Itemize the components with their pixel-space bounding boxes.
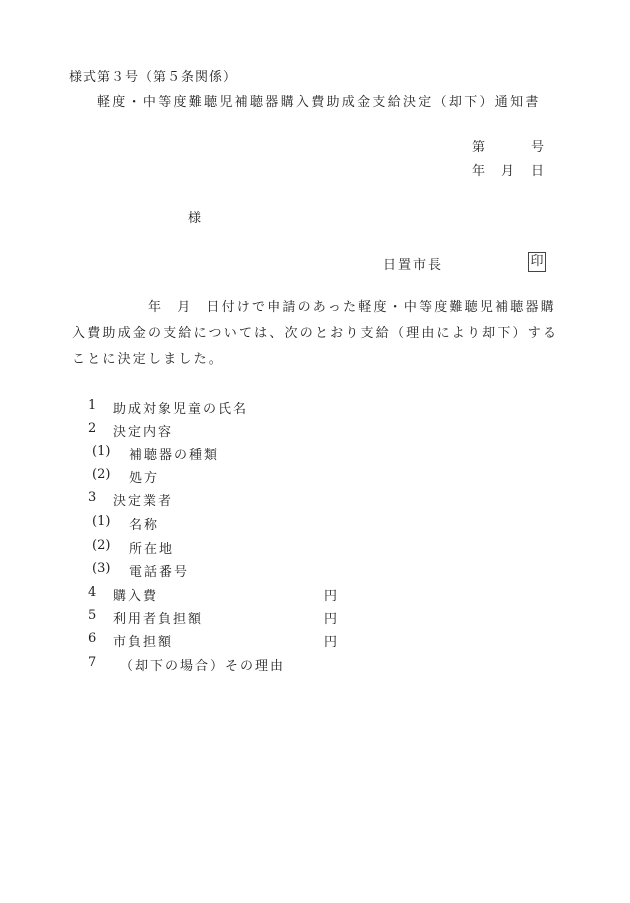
date-month-label: 月 (501, 160, 514, 179)
subitem-label: 所在地 (129, 538, 174, 557)
subitem-number: (2) (92, 467, 110, 482)
item-label: 市負担額 (113, 631, 173, 650)
subitem-label: 電話番号 (129, 561, 189, 580)
recipient-honorific: 様 (188, 207, 201, 226)
list-item: 1 助成対象児童の氏名 (0, 398, 630, 418)
item-number: 1 (88, 398, 96, 413)
issuer-name: 日置市長 (383, 254, 443, 273)
item-label: 決定内容 (113, 421, 173, 440)
item-label: 購入費 (113, 585, 158, 604)
item-number: 5 (88, 608, 96, 623)
item-label: 助成対象児童の氏名 (113, 398, 248, 417)
item-label: 決定業者 (113, 490, 173, 509)
list-subitem: (2) 処方 (0, 467, 630, 487)
item-number: 6 (88, 631, 96, 646)
subitem-number: (2) (92, 538, 110, 553)
document-title: 軽度・中等度難聴児補聴器購入費助成金支給決定（却下）通知書 (97, 91, 541, 110)
form-id: 様式第３号（第５条関係） (69, 66, 237, 85)
doc-number-suffix: 号 (531, 136, 544, 155)
list-subitem: (1) 名称 (0, 514, 630, 534)
list-subitem: (1) 補聴器の種類 (0, 444, 630, 464)
item-number: 3 (88, 490, 96, 505)
list-item: 6 市負担額 円 (0, 631, 630, 651)
yen-unit: 円 (324, 631, 337, 650)
yen-unit: 円 (324, 608, 337, 627)
subitem-number: (1) (92, 514, 110, 529)
date-year-label: 年 (472, 160, 485, 179)
body-date-month: 月 (177, 300, 192, 315)
item-number: 2 (88, 421, 96, 436)
item-number: 7 (88, 655, 96, 670)
list-item: 3 決定業者 (0, 490, 630, 510)
doc-number-prefix: 第 (472, 136, 485, 155)
list-item: 4 購入費 円 (0, 585, 630, 605)
list-item: 5 利用者負担額 円 (0, 608, 630, 628)
body-paragraph: 年月日付けで申請のあった軽度・中等度難聴児補聴器購入費助成金の支給については、次… (72, 295, 568, 373)
item-number: 4 (88, 585, 96, 600)
item-label: 利用者負担額 (113, 608, 203, 627)
seal-box: 印 (528, 252, 546, 272)
list-item: 7 （却下の場合）その理由 (0, 655, 630, 675)
body-date-year: 年 (148, 300, 163, 315)
date-day-label: 日 (531, 160, 544, 179)
body-text: 日付けで申請のあった軽度・中等度難聴児補聴器購入費助成金の支給については、次のと… (72, 300, 558, 367)
item-label: （却下の場合）その理由 (120, 655, 285, 674)
subitem-label: 補聴器の種類 (129, 444, 219, 463)
yen-unit: 円 (324, 585, 337, 604)
list-item: 2 決定内容 (0, 421, 630, 441)
subitem-number: (3) (92, 561, 110, 576)
subitem-number: (1) (92, 444, 110, 459)
list-subitem: (2) 所在地 (0, 538, 630, 558)
subitem-label: 名称 (129, 514, 159, 533)
list-subitem: (3) 電話番号 (0, 561, 630, 581)
subitem-label: 処方 (129, 467, 159, 486)
